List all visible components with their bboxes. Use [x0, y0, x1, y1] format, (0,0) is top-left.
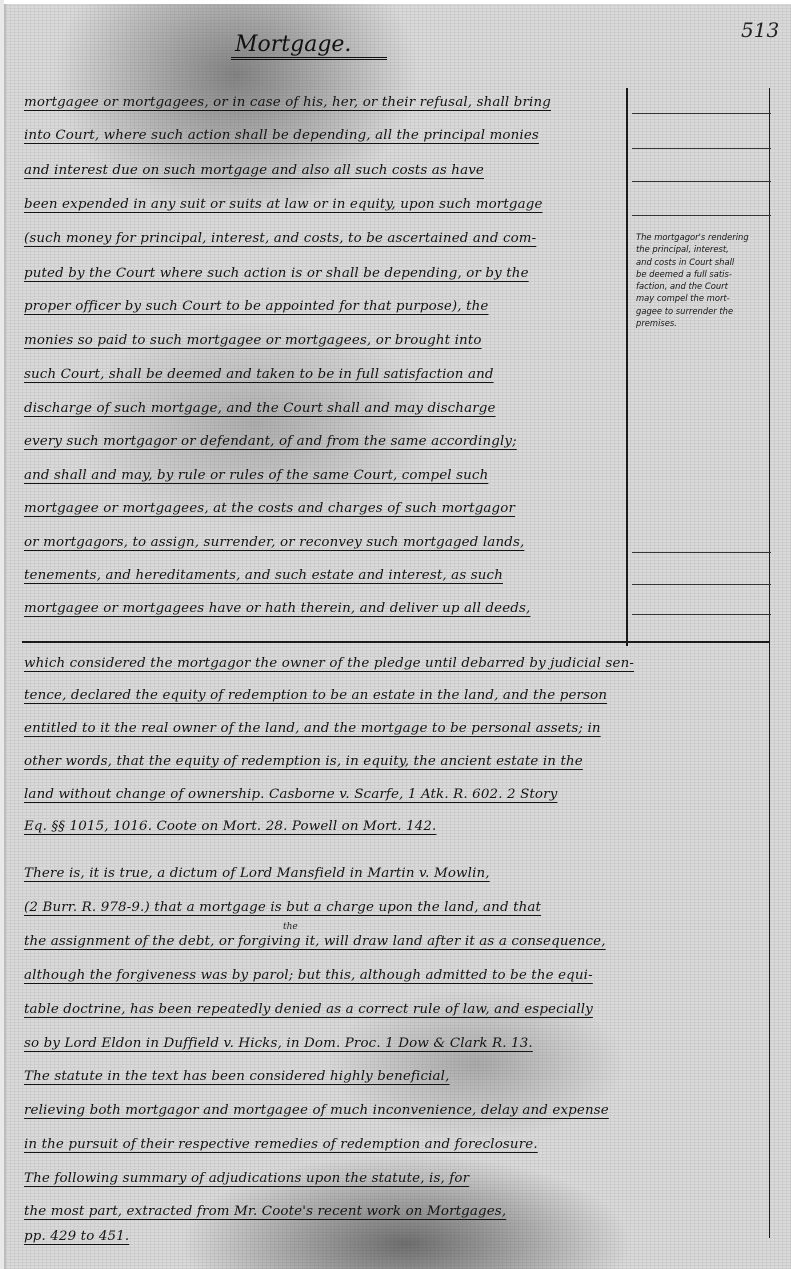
text-line: been expended in any suit or suits at la… [24, 197, 624, 212]
text-line: or mortgagors, to assign, surrender, or … [24, 535, 624, 550]
text-line: The statute in the text has been conside… [24, 1069, 769, 1084]
interlinear-insertion: the [283, 922, 298, 932]
text-line: so by Lord Eldon in Duffield v. Hicks, i… [24, 1036, 769, 1051]
text-line: the assignment of the debt, or forgiving… [24, 934, 769, 949]
text-line: There is, it is true, a dictum of Lord M… [24, 866, 769, 881]
text-line: into Court, where such action shall be d… [24, 128, 624, 143]
text-line: discharge of such mortgage, and the Cour… [24, 401, 624, 416]
text-line: mortgagee or mortgagees, or in case of h… [24, 95, 624, 110]
text-line: relieving both mortgagor and mortgagee o… [24, 1103, 769, 1118]
text-line: mortgagee or mortgagees have or hath the… [24, 601, 624, 616]
text-line: although the forgiveness was by parol; b… [24, 968, 769, 983]
text-line: (such money for principal, interest, and… [24, 231, 624, 246]
text-line: table doctrine, has been repeatedly deni… [24, 1002, 769, 1017]
text-line: and shall and may, by rule or rules of t… [24, 468, 624, 483]
text-line: the most part, extracted from Mr. Coote'… [24, 1204, 769, 1219]
margin-note-line: the principal, interest, [636, 243, 764, 255]
text-line: other words, that the equity of redempti… [24, 754, 769, 769]
margin-note-line: The mortgagor's rendering [636, 231, 764, 243]
margin-note-line: be deemed a full satis- [636, 268, 764, 280]
text-line: mortgagee or mortgagees, at the costs an… [24, 501, 624, 516]
text-line: and interest due on such mortgage and al… [24, 163, 624, 178]
margin-note-line: premises. [636, 317, 764, 329]
text-line: proper officer by such Court to be appoi… [24, 299, 624, 314]
text-line: which considered the mortgagor the owner… [24, 656, 769, 671]
text-line: tence, declared the equity of redemption… [24, 688, 769, 703]
margin-note-line: gagee to surrender the [636, 305, 764, 317]
margin-note-line: and costs in Court shall [636, 256, 764, 268]
page-number: 513 [741, 18, 779, 42]
text-line: monies so paid to such mortgagee or mort… [24, 333, 624, 348]
manuscript-page: 513 Mortgage. mortgagee or mortgagees, o… [4, 4, 791, 1269]
text-line: pp. 429 to 451. [24, 1229, 769, 1244]
text-line: every such mortgagor or defendant, of an… [24, 434, 624, 449]
text-line: puted by the Court where such action is … [24, 266, 624, 281]
text-line: Eq. §§ 1015, 1016. Coote on Mort. 28. Po… [24, 819, 769, 834]
page-title: Mortgage. [231, 32, 387, 60]
text-line: land without change of ownership. Casbor… [24, 787, 769, 802]
text-line: (2 Burr. R. 978-9.) that a mortgage is b… [24, 900, 769, 915]
margin-note-line: faction, and the Court [636, 280, 764, 292]
margin-column-rule-left [626, 88, 628, 646]
margin-note: The mortgagor's rendering the principal,… [636, 231, 764, 329]
text-line: The following summary of adjudications u… [24, 1171, 769, 1186]
margin-note-line: may compel the mort- [636, 292, 764, 304]
text-line: tenements, and hereditaments, and such e… [24, 568, 624, 583]
text-line: such Court, shall be deemed and taken to… [24, 367, 624, 382]
margin-column-rule-right [769, 88, 770, 1238]
text-line: entitled to it the real owner of the lan… [24, 721, 769, 736]
section-divider-rule [22, 641, 770, 643]
text-line: in the pursuit of their respective remed… [24, 1137, 769, 1152]
